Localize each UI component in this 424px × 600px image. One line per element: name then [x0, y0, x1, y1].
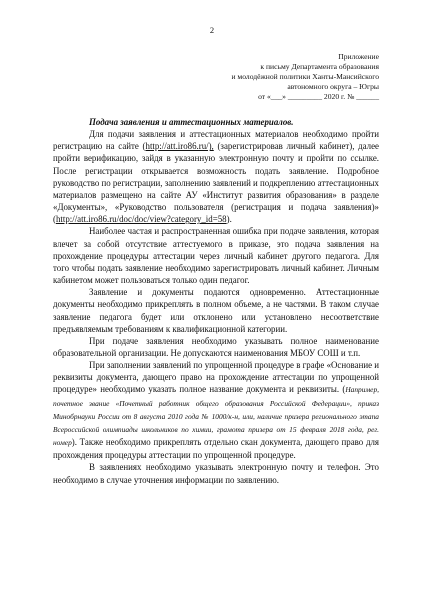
header-line: к письму Департамента образования	[139, 62, 379, 72]
paragraph-text: ). Также необходимо прикреплять отдельно…	[53, 437, 379, 460]
paragraph-text: (зарегистрировав личный кабинет), далее …	[53, 141, 379, 224]
user-guide-link[interactable]: http://att.iro86.ru/doc/doc/view?categor…	[56, 214, 227, 224]
registration-site-link[interactable]: http://att.iro86.ru/),	[146, 141, 214, 151]
paragraph-contacts: В заявлениях необходимо указывать электр…	[53, 461, 379, 485]
section-title: Подача заявления и аттестационных матери…	[53, 116, 379, 128]
document-body: Подача заявления и аттестационных матери…	[53, 116, 379, 486]
paragraph-simplified-procedure: При заполнении заявлений по упрощенной п…	[53, 359, 379, 461]
paragraph-text: ).	[227, 214, 232, 224]
appendix-header: Приложение к письму Департамента образов…	[139, 52, 379, 102]
paragraph-documents: Заявление и документы подаются одновреме…	[53, 286, 379, 335]
header-line: от «___» _________ 2020 г. № ______	[139, 92, 379, 102]
paragraph-common-error: Наиболее частая и распространенная ошибк…	[53, 225, 379, 286]
paragraph-registration: Для подачи заявления и аттестационных ма…	[53, 128, 379, 225]
paragraph-organization-name: При подаче заявления необходимо указыват…	[53, 335, 379, 359]
paragraph-text: При заполнении заявлений по упрощенной п…	[53, 360, 379, 394]
header-line: автономного округа – Югры	[139, 82, 379, 92]
header-line: Приложение	[139, 52, 379, 62]
header-line: и молодёжной политики Ханты-Мансийского	[139, 72, 379, 82]
page-number: 2	[0, 25, 424, 35]
